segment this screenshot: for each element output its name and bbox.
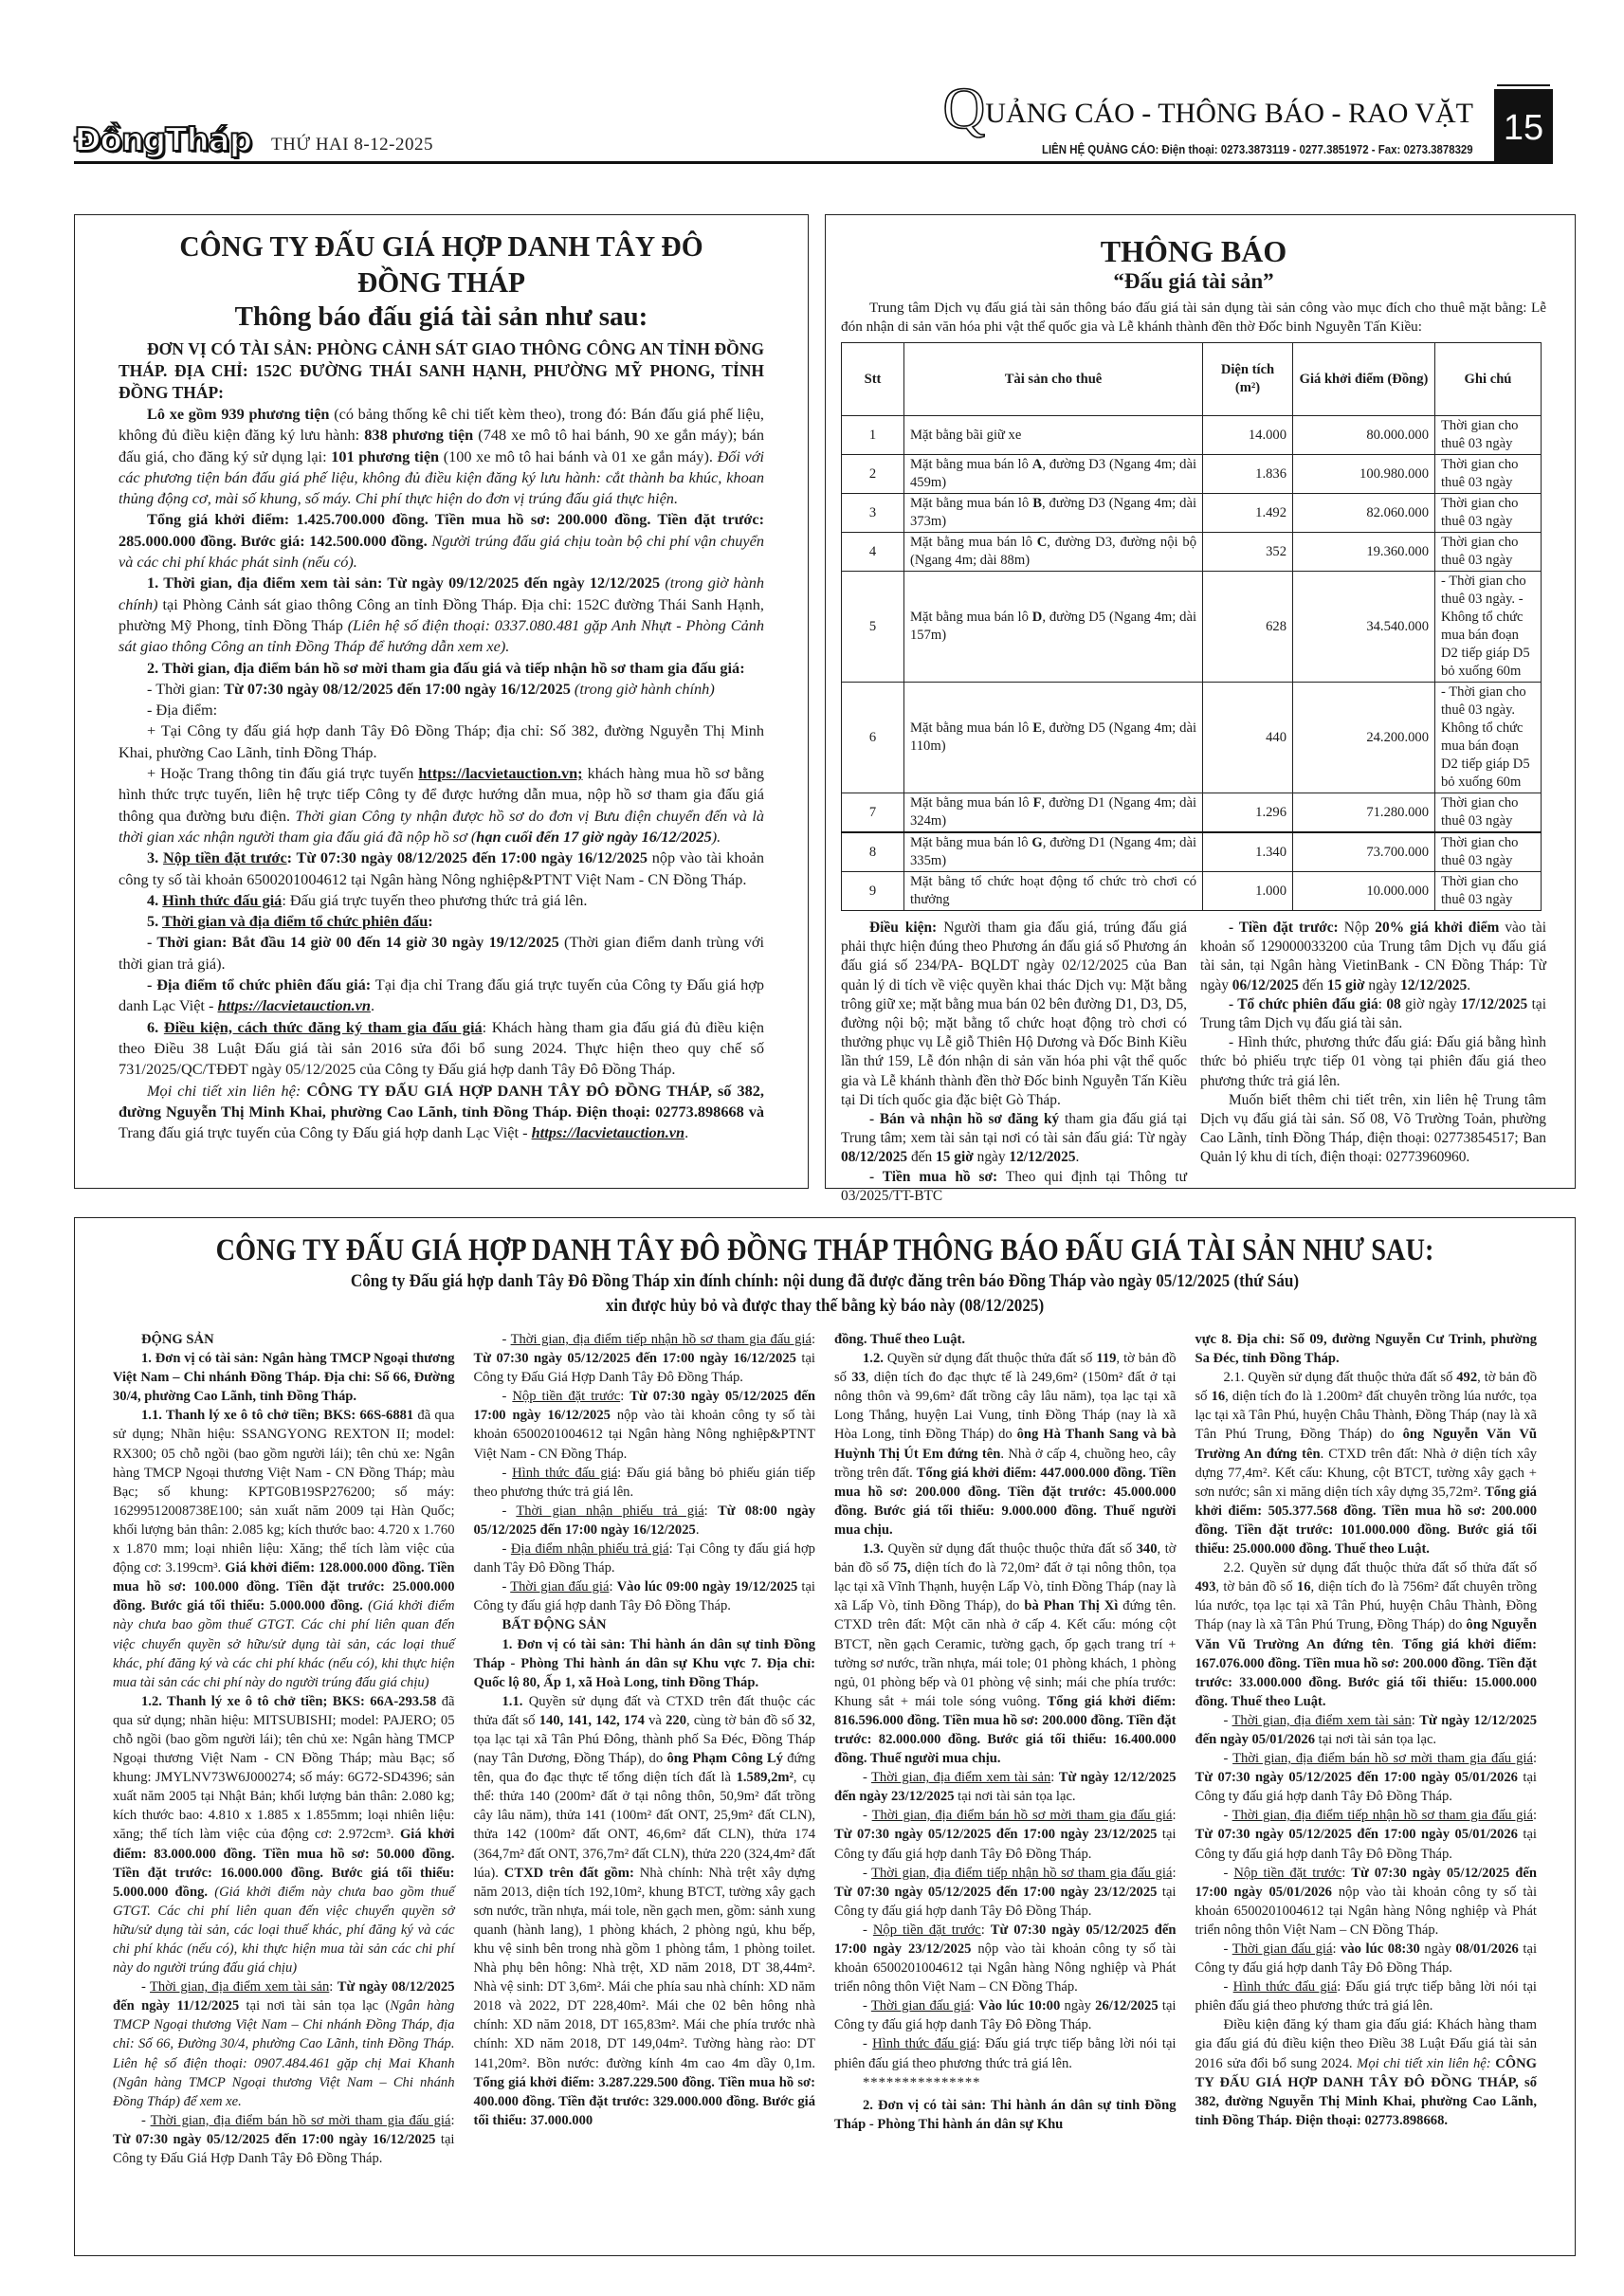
notice-columns: ĐỘNG SẢN 1. Đơn vị có tài sản: Ngân hàng… <box>113 1330 1537 2168</box>
asset-owner: ĐƠN VỊ CÓ TÀI SẢN: PHÒNG CẢNH SÁT GIAO T… <box>119 338 764 404</box>
viewing-info: - Thời gian, địa điểm xem tài sản: Từ ng… <box>113 1977 455 2111</box>
asset-owner-2: 2. Đơn vị có tài sản: Thi hành án dân sự… <box>834 2096 1177 2134</box>
auction-notice-traffic-police: CÔNG TY ĐẤU GIÁ HỢP DANH TÂY ĐÔ ĐỒNG THÁ… <box>74 214 809 1189</box>
auction-site-link[interactable]: https://lacvietauction.vn; <box>418 764 582 782</box>
registration-info: - Bán và nhận hồ sơ đăng ký tham gia đấu… <box>841 1110 1187 1168</box>
col-price: Giá khởi điểm (Đồng) <box>1293 343 1435 416</box>
document-fee: - Tiền mua hồ sơ: Theo qui định tại Thôn… <box>841 1168 1187 1206</box>
cell-area: 440 <box>1203 683 1293 793</box>
documents-sale-info: - Thời gian, địa điểm bán hồ sơ mời tham… <box>834 1806 1177 1863</box>
ad-contact-line: LIÊN HỆ QUẢNG CÁO: Điện thoại: 0273.3873… <box>1042 142 1473 156</box>
cell-note: Thời gian cho thuê 03 ngày <box>1435 793 1542 833</box>
deposit-info: 3. Nộp tiền đặt trước: Từ 07:30 ngày 08/… <box>119 847 764 890</box>
notice-subtitle: Thông báo đấu giá tài sản như sau: <box>119 301 764 333</box>
table-row: 9Mặt bằng tổ chức hoạt động tổ chức trò … <box>842 872 1542 911</box>
auction-form: 4. Hình thức đấu giá: Đấu giá trực tuyến… <box>119 890 764 911</box>
viewing-info: - Thời gian, địa điểm xem tài sản: Từ ng… <box>1195 1711 1538 1749</box>
table-row: 3Mặt bằng mua bán lô B, đường D3 (Ngang … <box>842 494 1542 533</box>
page-number: 15 <box>1494 89 1553 164</box>
land-item-1-2: 1.2. Quyền sử dụng đất thuộc thửa đất số… <box>834 1349 1177 1540</box>
col-asset: Tài sản cho thuê <box>904 343 1203 416</box>
notice-correction-line-1: Công ty Đấu giá hợp danh Tây Đô Đồng Thá… <box>184 1269 1466 1294</box>
cell-asset: Mặt bằng mua bán lô C, đường D3, đường n… <box>904 533 1203 572</box>
cell-note: Thời gian cho thuê 03 ngày <box>1435 533 1542 572</box>
newspaper-logo: ĐồngTháp <box>74 121 251 159</box>
documents-receive-info: - Thời gian, địa điểm tiếp nhận hồ sơ th… <box>834 1864 1177 1921</box>
asset-owner: 1. Đơn vị có tài sản: Ngân hàng TMCP Ngo… <box>113 1349 455 1406</box>
bid-time: - Thời gian nhận phiếu trả giá: Từ 08:00… <box>474 1502 816 1540</box>
col-note: Ghi chú <box>1435 343 1542 416</box>
section-initial: Q <box>943 77 986 141</box>
deposit-info: - Tiền đặt trước: Nộp 20% giá khởi điểm … <box>1200 919 1546 995</box>
contact-info: Muốn biết thêm chi tiết trên, xin liên h… <box>1200 1091 1546 1168</box>
cell-note: Thời gian cho thuê 03 ngày <box>1435 494 1542 533</box>
cell-note: - Thời gian cho thuê 03 ngày. Không tổ c… <box>1435 683 1542 793</box>
auction-time: - Thời gian đấu giá: vào lúc 08:30 ngày … <box>1195 1940 1538 1977</box>
cell-note: Thời gian cho thuê 03 ngày <box>1435 416 1542 455</box>
documents-place-label: - Địa điểm: <box>119 700 764 720</box>
cell-price: 24.200.000 <box>1293 683 1435 793</box>
land-item-2-2: 2.2. Quyền sử dụng đất thuộc thửa đất số… <box>1195 1558 1538 1711</box>
cell-note: Thời gian cho thuê 03 ngày <box>1435 832 1542 872</box>
documents-place-online: + Hoặc Trang thông tin đấu giá trực tuyế… <box>119 763 764 847</box>
notice-intro: Trung tâm Dịch vụ đấu giá tài sản thông … <box>841 299 1546 337</box>
price-continued: đồng. Thuế theo Luật. <box>834 1330 1177 1349</box>
issue-date: THỨ HAI 8-12-2025 <box>271 135 433 155</box>
viewing-info: - Thời gian, địa điểm xem tài sản: Từ ng… <box>834 1768 1177 1806</box>
notice-title: THÔNG BÁO <box>841 234 1546 268</box>
documents-sale-info: - Thời gian, địa điểm bán hồ sơ mời tham… <box>1195 1749 1538 1806</box>
column-1: ĐỘNG SẢN 1. Đơn vị có tài sản: Ngân hàng… <box>113 1330 455 2168</box>
table-header-row: Stt Tài sản cho thuê Diện tích (m²) Giá … <box>842 343 1542 416</box>
documents-receive-info: - Thời gian, địa điểm tiếp nhận hồ sơ th… <box>1195 1806 1538 1863</box>
lease-assets-table: Stt Tài sản cho thuê Diện tích (m²) Giá … <box>841 342 1542 911</box>
session-heading: 5. Thời gian và địa điểm tổ chức phiên đ… <box>119 911 764 932</box>
auction-form: - Hình thức đấu giá: Đấu giá trực tiếp b… <box>1195 1977 1538 2015</box>
lot-description: Lô xe gồm 939 phương tiện (có bảng thống… <box>119 404 764 509</box>
documents-sale-info: - Thời gian, địa điểm bán hồ sơ mời tham… <box>113 2111 455 2168</box>
column-2: - Thời gian, địa điểm tiếp nhận hồ sơ th… <box>474 1330 816 2168</box>
lease-auction-notice: THÔNG BÁO “Đấu giá tài sản” Trung tâm Dị… <box>825 214 1576 1189</box>
conditions: Điều kiện: Người tham gia đấu giá, trúng… <box>841 919 1187 1110</box>
auction-notice-correction: CÔNG TY ĐẤU GIÁ HỢP DANH TÂY ĐÔ ĐỒNG THÁ… <box>74 1217 1576 2256</box>
cell-stt: 2 <box>842 455 904 494</box>
column-4: vực 8. Địa chỉ: Số 09, đường Nguyễn Cư T… <box>1195 1330 1538 2168</box>
masthead: ĐồngTháp THỨ HAI 8-12-2025 QUẢNG CÁO - T… <box>74 106 1553 164</box>
notice-title: CÔNG TY ĐẤU GIÁ HỢP DANH TÂY ĐÔ ĐỒNG THÁ… <box>135 228 748 301</box>
cell-stt: 5 <box>842 572 904 683</box>
auction-form: - Hình thức đấu giá: Đấu giá bằng bỏ phi… <box>474 1464 816 1502</box>
conditions-contact: Điều kiện đăng ký tham gia đấu giá: Khác… <box>1195 2015 1538 2130</box>
cell-stt: 6 <box>842 683 904 793</box>
cell-area: 1.492 <box>1203 494 1293 533</box>
cell-stt: 4 <box>842 533 904 572</box>
session-place: - Địa điểm tổ chức phiên đấu giá: Tại đị… <box>119 975 764 1017</box>
contact-info: Mọi chi tiết xin liên hệ: CÔNG TY ĐẤU GI… <box>119 1081 764 1144</box>
documents-heading: 2. Thời gian, địa điểm bán hồ sơ mời tha… <box>119 658 764 679</box>
table-row: 2Mặt bằng mua bán lô A, đường D3 (Ngang … <box>842 455 1542 494</box>
auction-site-link[interactable]: https://lacvietauction.vn <box>532 1123 684 1141</box>
col-stt: Stt <box>842 343 904 416</box>
bid-place: - Địa điểm nhận phiếu trả giá: Tại Công … <box>474 1540 816 1577</box>
auction-form: - Hình thức đấu giá: Đấu giá trực tiếp b… <box>834 2034 1177 2072</box>
table-row: 4Mặt bằng mua bán lô C, đường D3, đường … <box>842 533 1542 572</box>
auction-time: - Thời gian đấu giá: Vào lúc 09:00 ngày … <box>474 1577 816 1615</box>
deposit-info: - Nộp tiền đặt trước: Từ 07:30 ngày 05/1… <box>474 1387 816 1463</box>
table-row: 5Mặt bằng mua bán lô D, đường D5 (Ngang … <box>842 572 1542 683</box>
cell-note: - Thời gian cho thuê 03 ngày. - Không tổ… <box>1435 572 1542 683</box>
table-row: 8Mặt bằng mua bán lô G, đường D1 (Ngang … <box>842 832 1542 872</box>
cell-area: 1.836 <box>1203 455 1293 494</box>
table-row: 6Mặt bằng mua bán lô E, đường D5 (Ngang … <box>842 683 1542 793</box>
session-info: - Tổ chức phiên đấu giá: 08 giờ ngày 17/… <box>1200 995 1546 1033</box>
owner-continued: vực 8. Địa chỉ: Số 09, đường Nguyễn Cư T… <box>1195 1330 1538 1368</box>
cell-asset: Mặt bằng mua bán lô E, đường D5 (Ngang 4… <box>904 683 1203 793</box>
section-heading-real-estate: BẤT ĐỘNG SẢN <box>474 1615 816 1634</box>
column-3: đồng. Thuế theo Luật. 1.2. Quyền sử dụng… <box>834 1330 1177 2168</box>
vehicle-item-1-1: 1.1. Thanh lý xe ô tô chở tiền; BKS: 66S… <box>113 1406 455 1691</box>
cell-asset: Mặt bằng tổ chức hoạt động tổ chức trò c… <box>904 872 1203 911</box>
cell-stt: 3 <box>842 494 904 533</box>
cell-asset: Mặt bằng mua bán lô G, đường D1 (Ngang 4… <box>904 832 1203 872</box>
documents-time: - Thời gian: Từ 07:30 ngày 08/12/2025 đế… <box>119 679 764 700</box>
land-item-2-1: 2.1. Quyền sử dụng đất thuộc thửa đất số… <box>1195 1368 1538 1558</box>
documents-place-office: + Tại Công ty đấu giá hợp danh Tây Đô Đồ… <box>119 720 764 763</box>
cell-area: 1.296 <box>1203 793 1293 833</box>
cell-price: 82.060.000 <box>1293 494 1435 533</box>
auction-time: - Thời gian đấu giá: Vào lúc 10:00 ngày … <box>834 1996 1177 2034</box>
table-row: 1Mặt bằng bãi giữ xe14.00080.000.000Thời… <box>842 416 1542 455</box>
conditions-col-2: - Tiền đặt trước: Nộp 20% giá khởi điểm … <box>1200 919 1546 1206</box>
asset-owner: 1. Đơn vị có tài sản: Thi hành án dân sự… <box>474 1635 816 1692</box>
cell-price: 10.000.000 <box>1293 872 1435 911</box>
section-title: QUẢNG CÁO - THÔNG BÁO - RAO VẶT <box>943 80 1474 138</box>
cell-price: 80.000.000 <box>1293 416 1435 455</box>
cell-price: 73.700.000 <box>1293 832 1435 872</box>
col-area: Diện tích (m²) <box>1203 343 1293 416</box>
eligibility: 6. Điều kiện, cách thức đăng ký tham gia… <box>119 1017 764 1081</box>
deposit-info: - Nộp tiền đặt trước: Từ 07:30 ngày 05/1… <box>834 1921 1177 1996</box>
vehicle-item-1-2: 1.2. Thanh lý xe ô tô chở tiền; BKS: 66A… <box>113 1692 455 1977</box>
notice-correction-line-2: xin được hủy bỏ và được thay thế bằng kỳ… <box>184 1294 1466 1319</box>
cell-note: Thời gian cho thuê 03 ngày <box>1435 455 1542 494</box>
auction-site-link[interactable]: https://lacvietauction.vn <box>218 996 371 1014</box>
cell-stt: 8 <box>842 832 904 872</box>
cell-area: 1.000 <box>1203 872 1293 911</box>
cell-price: 100.980.000 <box>1293 455 1435 494</box>
cell-area: 628 <box>1203 572 1293 683</box>
notice-title: CÔNG TY ĐẤU GIÁ HỢP DANH TÂY ĐÔ ĐỒNG THÁ… <box>212 1231 1437 1269</box>
documents-receive-info: - Thời gian, địa điểm tiếp nhận hồ sơ th… <box>474 1330 816 1387</box>
cell-asset: Mặt bằng mua bán lô A, đường D3 (Ngang 4… <box>904 455 1203 494</box>
cell-note: Thời gian cho thuê 03 ngày <box>1435 872 1542 911</box>
session-time: - Thời gian: Bắt đầu 14 giờ 00 đến 14 gi… <box>119 932 764 975</box>
cell-price: 34.540.000 <box>1293 572 1435 683</box>
table-row: 7Mặt bằng mua bán lô F, đường D1 (Ngang … <box>842 793 1542 833</box>
cell-asset: Mặt bằng mua bán lô F, đường D1 (Ngang 4… <box>904 793 1203 833</box>
cell-stt: 1 <box>842 416 904 455</box>
cell-asset: Mặt bằng mua bán lô D, đường D5 (Ngang 4… <box>904 572 1203 683</box>
cell-area: 1.340 <box>1203 832 1293 872</box>
cell-area: 14.000 <box>1203 416 1293 455</box>
cell-asset: Mặt bằng bãi giữ xe <box>904 416 1203 455</box>
price-info: Tổng giá khởi điểm: 1.425.700.000 đồng. … <box>119 509 764 573</box>
lease-conditions: Điều kiện: Người tham gia đấu giá, trúng… <box>841 919 1546 1206</box>
cell-area: 352 <box>1203 533 1293 572</box>
cell-stt: 9 <box>842 872 904 911</box>
land-item-1-3: 1.3. Quyền sử dụng đất thuộc thuộc thửa … <box>834 1540 1177 1768</box>
separator: *************** <box>834 2073 1177 2092</box>
cell-stt: 7 <box>842 793 904 833</box>
cell-price: 19.360.000 <box>1293 533 1435 572</box>
auction-form: - Hình thức, phương thức đấu giá: Đấu gi… <box>1200 1033 1546 1091</box>
cell-asset: Mặt bằng mua bán lô B, đường D3 (Ngang 4… <box>904 494 1203 533</box>
conditions-col-1: Điều kiện: Người tham gia đấu giá, trúng… <box>841 919 1187 1206</box>
cell-price: 71.280.000 <box>1293 793 1435 833</box>
notice-subtitle: “Đấu giá tài sản” <box>841 268 1546 295</box>
deposit-info: - Nộp tiền đặt trước: Từ 07:30 ngày 05/1… <box>1195 1864 1538 1940</box>
land-item-1-1: 1.1. Quyền sử dụng đất và CTXD trên đất … <box>474 1692 816 2130</box>
section-heading-movables: ĐỘNG SẢN <box>113 1330 455 1349</box>
viewing-info: 1. Thời gian, địa điểm xem tài sản: Từ n… <box>119 573 764 657</box>
